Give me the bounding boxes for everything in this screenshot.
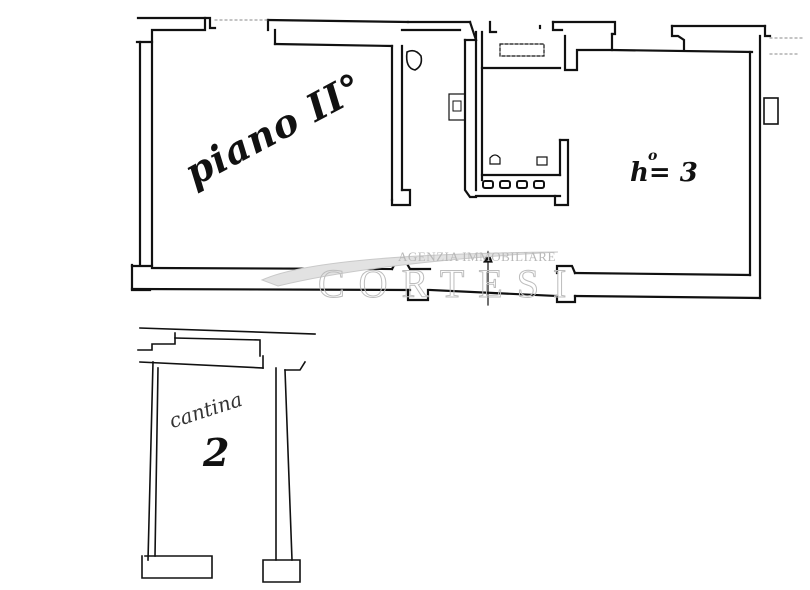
- bathroom-fixtures: [407, 51, 465, 120]
- kitchen-counter: [476, 140, 568, 205]
- wall-bottom-left: [132, 262, 430, 300]
- height-value: 3: [680, 158, 698, 188]
- ceiling-height-label: h= 3: [630, 158, 698, 188]
- wall-bathroom-left: [392, 46, 410, 205]
- wall-top-right: [553, 22, 770, 70]
- wall-bathroom-top: [402, 22, 476, 40]
- stove-burners: [483, 181, 544, 188]
- cellar-number: 2: [203, 430, 229, 475]
- floor-plan-drawing: [0, 0, 810, 590]
- wall-bottom-right: [430, 266, 760, 302]
- wall-bathroom-kitchen: [465, 32, 482, 197]
- height-superscript: o: [648, 148, 657, 164]
- entrance-arrow: [484, 252, 492, 305]
- kitchen-fixtures: [490, 44, 547, 165]
- wall-top-left: [137, 18, 408, 46]
- wall-right: [750, 36, 778, 298]
- wall-kitchen-top: [482, 22, 562, 68]
- wall-left: [140, 42, 152, 265]
